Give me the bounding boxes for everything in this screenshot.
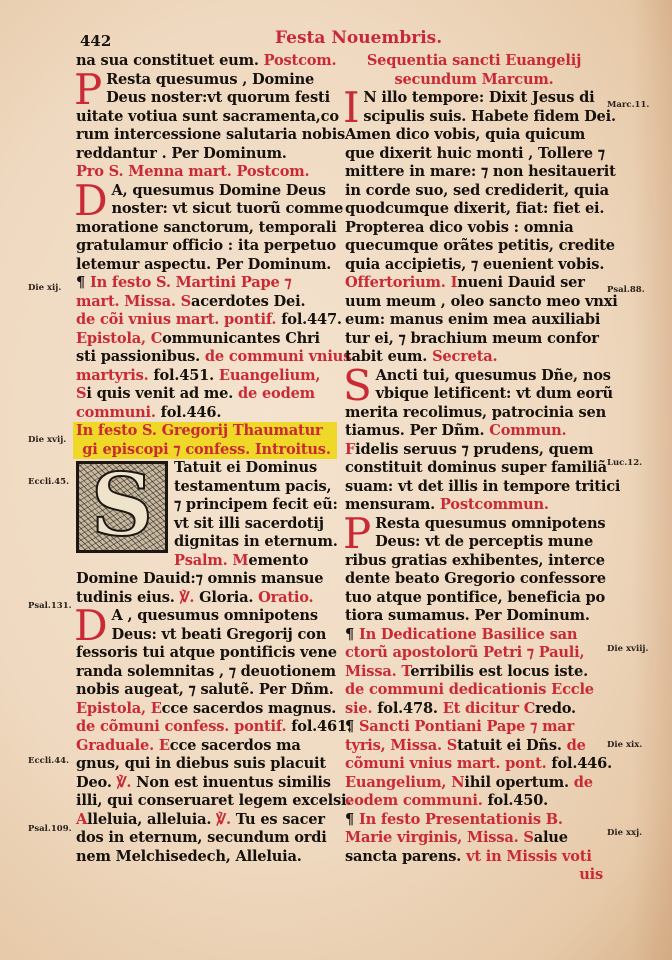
body-text: merita recolimus, patrocinia sen — [345, 404, 606, 421]
text-line: uitate votiua sunt sacramenta,co — [76, 108, 334, 127]
rubric-text: de cõi vnius mart. pontif. — [76, 311, 281, 328]
rubric-text: martyris. — [76, 367, 153, 384]
rubric-text: de communi dedicationis Eccle — [345, 681, 594, 698]
text-line: Propterea dico vobis : omnia — [345, 219, 603, 238]
body-text: illi, qui conseruaret legem excelsi. — [76, 792, 351, 809]
body-text: que dixerit huic monti , Tollere ⁊ — [345, 145, 605, 162]
body-text: Deus: vt beati Gregorij con — [111, 626, 326, 643]
body-text: reddantur . Per Dominum. — [76, 145, 287, 162]
rubric-text: de — [567, 737, 586, 754]
body-text: rum intercessione salutaria nobis — [76, 126, 345, 143]
body-text: ¶ — [345, 718, 359, 735]
body-text: dignitas in eternum. — [174, 533, 338, 550]
body-text: nueni Dauid ser — [457, 274, 584, 291]
rubric-text: Oratio. — [258, 589, 313, 606]
text-line: PResta quesumus omnipotens — [345, 515, 603, 534]
rubric-text: de cõmuni confess. pontif. — [76, 718, 291, 735]
text-line: Missa. Terribilis est locus iste. — [345, 663, 603, 682]
margin-note-right: Psal.88. — [607, 285, 645, 295]
body-text: Resta quesumus , Domine — [106, 71, 314, 88]
text-line: tiora sumamus. Per Dominum. — [345, 607, 603, 626]
rubric-text: Sequentia sancti Euangelij — [367, 52, 581, 69]
drop-initial: P — [343, 516, 371, 552]
body-text: fessoris tui atque pontificis vene — [76, 644, 337, 661]
body-text: gratulamur officio : ita perpetuo — [76, 237, 336, 254]
running-title: Festa Nouembris. — [275, 28, 442, 48]
rubric-text: tyris, Missa. S — [345, 737, 457, 754]
text-line: scipulis suis. Habete fidem Dei. — [345, 108, 603, 127]
woodcut-initial-image: S — [76, 461, 168, 553]
body-text: fol.461. — [291, 718, 352, 735]
body-text: gnus, qui in diebus suis placuit — [76, 755, 326, 772]
body-text: emento — [248, 552, 308, 569]
text-line: Offertorium. Inueni Dauid ser — [345, 274, 603, 293]
body-text: Deo. — [76, 774, 117, 791]
rubric-text: A — [76, 811, 87, 828]
text-line: Epistola, Ecce sacerdos magnus. — [76, 700, 334, 719]
text-line: de communi dedicationis Eccle — [345, 681, 603, 700]
body-text: dos in eternum, secundum ordi — [76, 829, 327, 846]
text-line: constituit dominus super familiã — [345, 459, 603, 478]
body-text: tudinis eius. — [76, 589, 180, 606]
rubric-text: Offertorium. I — [345, 274, 457, 291]
text-line: eum: manus enim mea auxiliabi — [345, 311, 603, 330]
body-text: mittere in mare: ⁊ non hesitauerit — [345, 163, 616, 180]
text-line: Deus noster:vt quorum festi — [76, 89, 334, 108]
body-text: Gloria. — [199, 589, 258, 606]
rubric-text: Psalm. M — [174, 552, 248, 569]
body-text: ommunicantes Chri — [162, 330, 320, 347]
body-text: fol.446. — [551, 755, 612, 772]
margin-note-right: Die xix. — [607, 740, 642, 750]
rubric-text: de communi vnius — [205, 348, 351, 365]
margin-note-left: Psal.131. — [28, 601, 72, 611]
drop-initial: D — [74, 608, 107, 644]
text-line: quodcumque dixerit, fiat: fiet ei. — [345, 200, 603, 219]
body-text: ¶ — [76, 274, 90, 291]
margin-note-left: Die xij. — [28, 283, 61, 293]
body-text: eum: manus enim mea auxiliabi — [345, 311, 600, 328]
text-line: suam: vt det illis in tempore tritici — [345, 478, 603, 497]
body-text: suam: vt det illis in tempore tritici — [345, 478, 620, 495]
body-text: quodcumque dixerit, fiat: fiet ei. — [345, 200, 604, 217]
text-line: communi. fol.446. — [76, 404, 334, 423]
text-line: DA , quesumus omnipotens — [76, 607, 334, 626]
rubric-text: ℣. — [117, 774, 137, 791]
body-text: Tatuit ei Dominus — [174, 459, 317, 476]
text-line: sie. fol.478. Et dicitur Credo. — [345, 700, 603, 719]
text-line: Marie virginis, Missa. Salue — [345, 829, 603, 848]
body-text: vbique letificent: vt dum eorũ — [376, 385, 613, 402]
body-text: i quis venit ad me. — [86, 385, 238, 402]
rubric-text: ctorũ apostolorũ Petri ⁊ Pauli, — [345, 644, 584, 661]
rubric-text: sie. — [345, 700, 377, 717]
rubric-text: de eodem — [238, 385, 315, 402]
text-line: mensuram. Postcommun. — [345, 496, 603, 515]
body-text: letemur aspectu. Per Dominum. — [76, 256, 331, 273]
rubric-text: In festo Presentationis B. — [359, 811, 563, 828]
rubric-text: Euangelium, — [219, 367, 320, 384]
text-line: ¶ In festo Presentationis B. — [345, 811, 603, 830]
text-line: tudinis eius. ℣. Gloria. Oratio. — [76, 589, 334, 608]
body-text: tuo atque pontifice, beneficia po — [345, 589, 605, 606]
rubric-text: In festo S. Martini Pape ⁊ — [90, 274, 292, 291]
text-line: na sua constituet eum. Postcom. — [76, 52, 334, 71]
text-line: de cõmuni confess. pontif. fol.461. — [76, 718, 334, 737]
drop-initial: I — [343, 90, 359, 126]
text-line: de cõi vnius mart. pontif. fol.447. — [76, 311, 334, 330]
rubric-text: Et dicitur C — [443, 700, 535, 717]
text-line: reddantur . Per Dominum. — [76, 145, 334, 164]
body-text: uitate votiua sunt sacramenta,co — [76, 108, 339, 125]
text-line: Epistola, Communicantes Chri — [76, 330, 334, 349]
body-text: ihil opertum. — [464, 774, 573, 791]
rubric-text: uis — [579, 866, 603, 883]
rubric-text: ℣. — [216, 811, 236, 828]
body-text: tabit eum. — [345, 348, 432, 365]
body-text: quia accipietis, ⁊ euenient vobis. — [345, 256, 604, 273]
text-line: IN illo tempore: Dixit Jesus di — [345, 89, 603, 108]
body-text: A, quesumus Domine Deus — [111, 182, 325, 199]
margin-note-left: Psal.109. — [28, 824, 72, 834]
body-text: cce sacerdos ma — [170, 737, 301, 754]
body-text: fol.451. — [153, 367, 218, 384]
text-line: secundum Marcum. — [345, 71, 603, 90]
body-text: Tu es sacer — [236, 811, 325, 828]
margin-note-right: Marc.11. — [607, 100, 649, 110]
body-text: N illo tempore: Dixit Jesus di — [363, 89, 594, 106]
text-line: ¶ In Dedicatione Basilice san — [345, 626, 603, 645]
text-line: moratione sanctorum, temporali — [76, 219, 334, 238]
text-line: tur ei, ⁊ brachium meum confor — [345, 330, 603, 349]
text-line: quia accipietis, ⁊ euenient vobis. — [345, 256, 603, 275]
text-line: ¶ Sancti Pontiani Pape ⁊ mar — [345, 718, 603, 737]
body-text: cce sacerdos magnus. — [162, 700, 337, 717]
text-line: ¶ In festo S. Martini Pape ⁊ — [76, 274, 334, 293]
rubric-text: Commun. — [489, 422, 566, 439]
text-line: tabit eum. Secreta. — [345, 348, 603, 367]
body-text: Non est inuentus similis — [136, 774, 331, 791]
rubric-text: In festo S. Gregorij Thaumatur — [76, 422, 322, 439]
text-line: cõmuni vnius mart. pont. fol.446. — [345, 755, 603, 774]
rubric-text: Pro S. Menna mart. Postcom. — [76, 163, 309, 180]
body-text: ¶ — [345, 626, 359, 643]
body-text: ⁊ principem fecit eũ: — [174, 496, 338, 513]
rubric-text: Graduale. E — [76, 737, 170, 754]
body-text: ribus gratias exhibentes, interce — [345, 552, 605, 569]
text-line: Domine Dauid:⁊ omnis mansue — [76, 570, 334, 589]
text-line: dente beato Gregorio confessore — [345, 570, 603, 589]
text-line: sti passionibus. de communi vnius — [76, 348, 334, 367]
body-text: moratione sanctorum, temporali — [76, 219, 337, 236]
rubric-text: F — [345, 441, 355, 458]
body-text: in corde suo, sed crediderit, quia — [345, 182, 609, 199]
body-text: redo. — [535, 700, 576, 717]
text-line: Deus: vt de perceptis mune — [345, 533, 603, 552]
text-line: martyris. fol.451. Euangelium, — [76, 367, 334, 386]
body-text: lleluia, alleluia. — [87, 811, 216, 828]
text-line: Alleluia, alleluia. ℣. Tu es sacer — [76, 811, 334, 830]
text-line: randa solemnitas , ⁊ deuotionem — [76, 663, 334, 682]
text-line: rum intercessione salutaria nobis — [76, 126, 334, 145]
body-text: constituit dominus super familiã — [345, 459, 607, 476]
text-line: DA, quesumus Domine Deus — [76, 182, 334, 201]
left-column: na sua constituet eum. Postcom.PResta qu… — [76, 52, 334, 866]
margin-note-left: Eccli.44. — [28, 756, 69, 766]
drop-initial: D — [74, 183, 107, 219]
body-text: tatuit ei Dñs. — [457, 737, 566, 754]
text-line: Pro S. Menna mart. Postcom. — [76, 163, 334, 182]
text-line: gratulamur officio : ita perpetuo — [76, 237, 334, 256]
text-line: tyris, Missa. Statuit ei Dñs. de — [345, 737, 603, 756]
rubric-text: Euangelium, N — [345, 774, 464, 791]
text-line: uum meum , oleo sancto meo vnxi — [345, 293, 603, 312]
rubric-text: Postcommun. — [440, 496, 549, 513]
body-text: Deus noster:vt quorum festi — [106, 89, 330, 106]
body-text: idelis seruus ⁊ prudens, quem — [355, 441, 593, 458]
rubric-text: S — [76, 385, 86, 402]
text-line: nobis augeat, ⁊ salutẽ. Per Dñm. — [76, 681, 334, 700]
text-line: STatuit ei Dominus — [76, 459, 334, 478]
rubric-text: In Dedicatione Basilice san — [359, 626, 577, 643]
body-text: Amen dico vobis, quia quicum — [345, 126, 585, 143]
text-line: Deus: vt beati Gregorij con — [76, 626, 334, 645]
text-line: in corde suo, sed crediderit, quia — [345, 182, 603, 201]
body-text: tiamus. Per Dñm. — [345, 422, 489, 439]
body-text: A , quesumus omnipotens — [111, 607, 317, 624]
text-line: uis — [345, 866, 603, 885]
text-line: eodem communi. fol.450. — [345, 792, 603, 811]
text-line: merita recolimus, patrocinia sen — [345, 404, 603, 423]
body-text: dente beato Gregorio confessore — [345, 570, 606, 587]
body-text: randa solemnitas , ⁊ deuotionem — [76, 663, 336, 680]
body-text: Ancti tui, quesumus Dñe, nos — [376, 367, 611, 384]
rubric-text: Missa. T — [345, 663, 410, 680]
text-line: dos in eternum, secundum ordi — [76, 829, 334, 848]
body-text: fol.478. — [377, 700, 442, 717]
body-text: quecumque orãtes petitis, credite — [345, 237, 615, 254]
text-line: mart. Missa. Sacerdotes Dei. — [76, 293, 334, 312]
page-number: 442 — [80, 32, 111, 50]
body-text: na sua constituet eum. — [76, 52, 264, 69]
rubric-text: de — [574, 774, 593, 791]
rubric-text: eodem communi. — [345, 792, 487, 809]
text-line: Amen dico vobis, quia quicum — [345, 126, 603, 145]
text-line: tiamus. Per Dñm. Commun. — [345, 422, 603, 441]
body-text: nobis augeat, ⁊ salutẽ. Per Dñm. — [76, 681, 334, 698]
text-line: gnus, qui in diebus suis placuit — [76, 755, 334, 774]
margin-note-left: Die xvij. — [28, 435, 66, 445]
body-text: Deus: vt de perceptis mune — [375, 533, 593, 550]
rubric-text: Marie virginis, Missa. S — [345, 829, 534, 846]
text-line: que dixerit huic monti , Tollere ⁊ — [345, 145, 603, 164]
text-line: PResta quesumus , Domine — [76, 71, 334, 90]
body-text: acerdotes Dei. — [191, 293, 305, 310]
body-text: uum meum , oleo sancto meo vnxi — [345, 293, 618, 310]
text-line: Deo. ℣. Non est inuentus similis — [76, 774, 334, 793]
margin-note-right: Luc.12. — [607, 458, 642, 468]
body-text: tiora sumamus. Per Dominum. — [345, 607, 590, 624]
text-line: letemur aspectu. Per Dominum. — [76, 256, 334, 275]
text-line: noster: vt sicut tuorũ comme — [76, 200, 334, 219]
body-text: Resta quesumus omnipotens — [375, 515, 605, 532]
margin-note-left: Eccli.45. — [28, 477, 69, 487]
text-line: vbique letificent: vt dum eorũ — [345, 385, 603, 404]
body-text: tur ei, ⁊ brachium meum confor — [345, 330, 599, 347]
right-column: Sequentia sancti Euangelijsecundum Marcu… — [345, 52, 603, 885]
drop-initial: S — [343, 368, 372, 404]
rubric-text: Epistola, E — [76, 700, 162, 717]
rubric-text: communi. — [76, 404, 161, 421]
text-line: SAncti tui, quesumus Dñe, nos — [345, 367, 603, 386]
body-text: Domine Dauid:⁊ omnis mansue — [76, 570, 323, 587]
text-line: illi, qui conseruaret legem excelsi. — [76, 792, 334, 811]
drop-initial: P — [74, 72, 102, 108]
body-text: scipulis suis. Habete fidem Dei. — [363, 108, 615, 125]
text-line: quecumque orãtes petitis, credite — [345, 237, 603, 256]
body-text: erribilis est locus iste. — [410, 663, 588, 680]
text-line: Sequentia sancti Euangelij — [345, 52, 603, 71]
body-text: alue — [534, 829, 568, 846]
body-text: ¶ — [345, 811, 359, 828]
rubric-text: cõmuni vnius mart. pont. — [345, 755, 551, 772]
margin-note-right: Die xviij. — [607, 644, 648, 654]
text-line: sancta parens. vt in Missis voti — [345, 848, 603, 867]
body-text: noster: vt sicut tuorũ comme — [111, 200, 343, 217]
rubric-text: Epistola, C — [76, 330, 162, 347]
text-line: Fidelis seruus ⁊ prudens, quem — [345, 441, 603, 460]
body-text: sti passionibus. — [76, 348, 205, 365]
text-line: nem Melchisedech, Alleluia. — [76, 848, 334, 867]
rubric-text: vt in Missis voti — [466, 848, 592, 865]
page-header: 442 Festa Nouembris. — [80, 30, 600, 54]
text-line: Graduale. Ecce sacerdos ma — [76, 737, 334, 756]
highlighted-rubric-line: In festo S. Gregorij Thaumatur — [73, 422, 337, 441]
text-line: fessoris tui atque pontificis vene — [76, 644, 334, 663]
text-line: ctorũ apostolorũ Petri ⁊ Pauli, — [345, 644, 603, 663]
rubric-text: Postcom. — [264, 52, 337, 69]
text-line: Si quis venit ad me. de eodem — [76, 385, 334, 404]
body-text: fol.446. — [161, 404, 222, 421]
body-text: fol.450. — [487, 792, 548, 809]
text-line: Euangelium, Nihil opertum. de — [345, 774, 603, 793]
rubric-text: Secreta. — [432, 348, 497, 365]
margin-note-right: Die xxj. — [607, 828, 642, 838]
rubric-text: Sancti Pontiani Pape ⁊ mar — [359, 718, 574, 735]
body-text: testamentum pacis, — [174, 478, 331, 495]
body-text: nem Melchisedech, Alleluia. — [76, 848, 302, 865]
body-text: mensuram. — [345, 496, 440, 513]
body-text: sancta parens. — [345, 848, 466, 865]
text-line: mittere in mare: ⁊ non hesitauerit — [345, 163, 603, 182]
text-line: tuo atque pontifice, beneficia po — [345, 589, 603, 608]
body-text: vt sit illi sacerdotij — [174, 515, 324, 532]
text-line: ribus gratias exhibentes, interce — [345, 552, 603, 571]
rubric-text: ℣. — [180, 589, 200, 606]
rubric-text: secundum Marcum. — [394, 71, 553, 88]
page-edge-shadow — [632, 0, 672, 960]
body-text: Propterea dico vobis : omnia — [345, 219, 574, 236]
body-text: fol.447. — [281, 311, 342, 328]
rubric-text: mart. Missa. S — [76, 293, 191, 310]
